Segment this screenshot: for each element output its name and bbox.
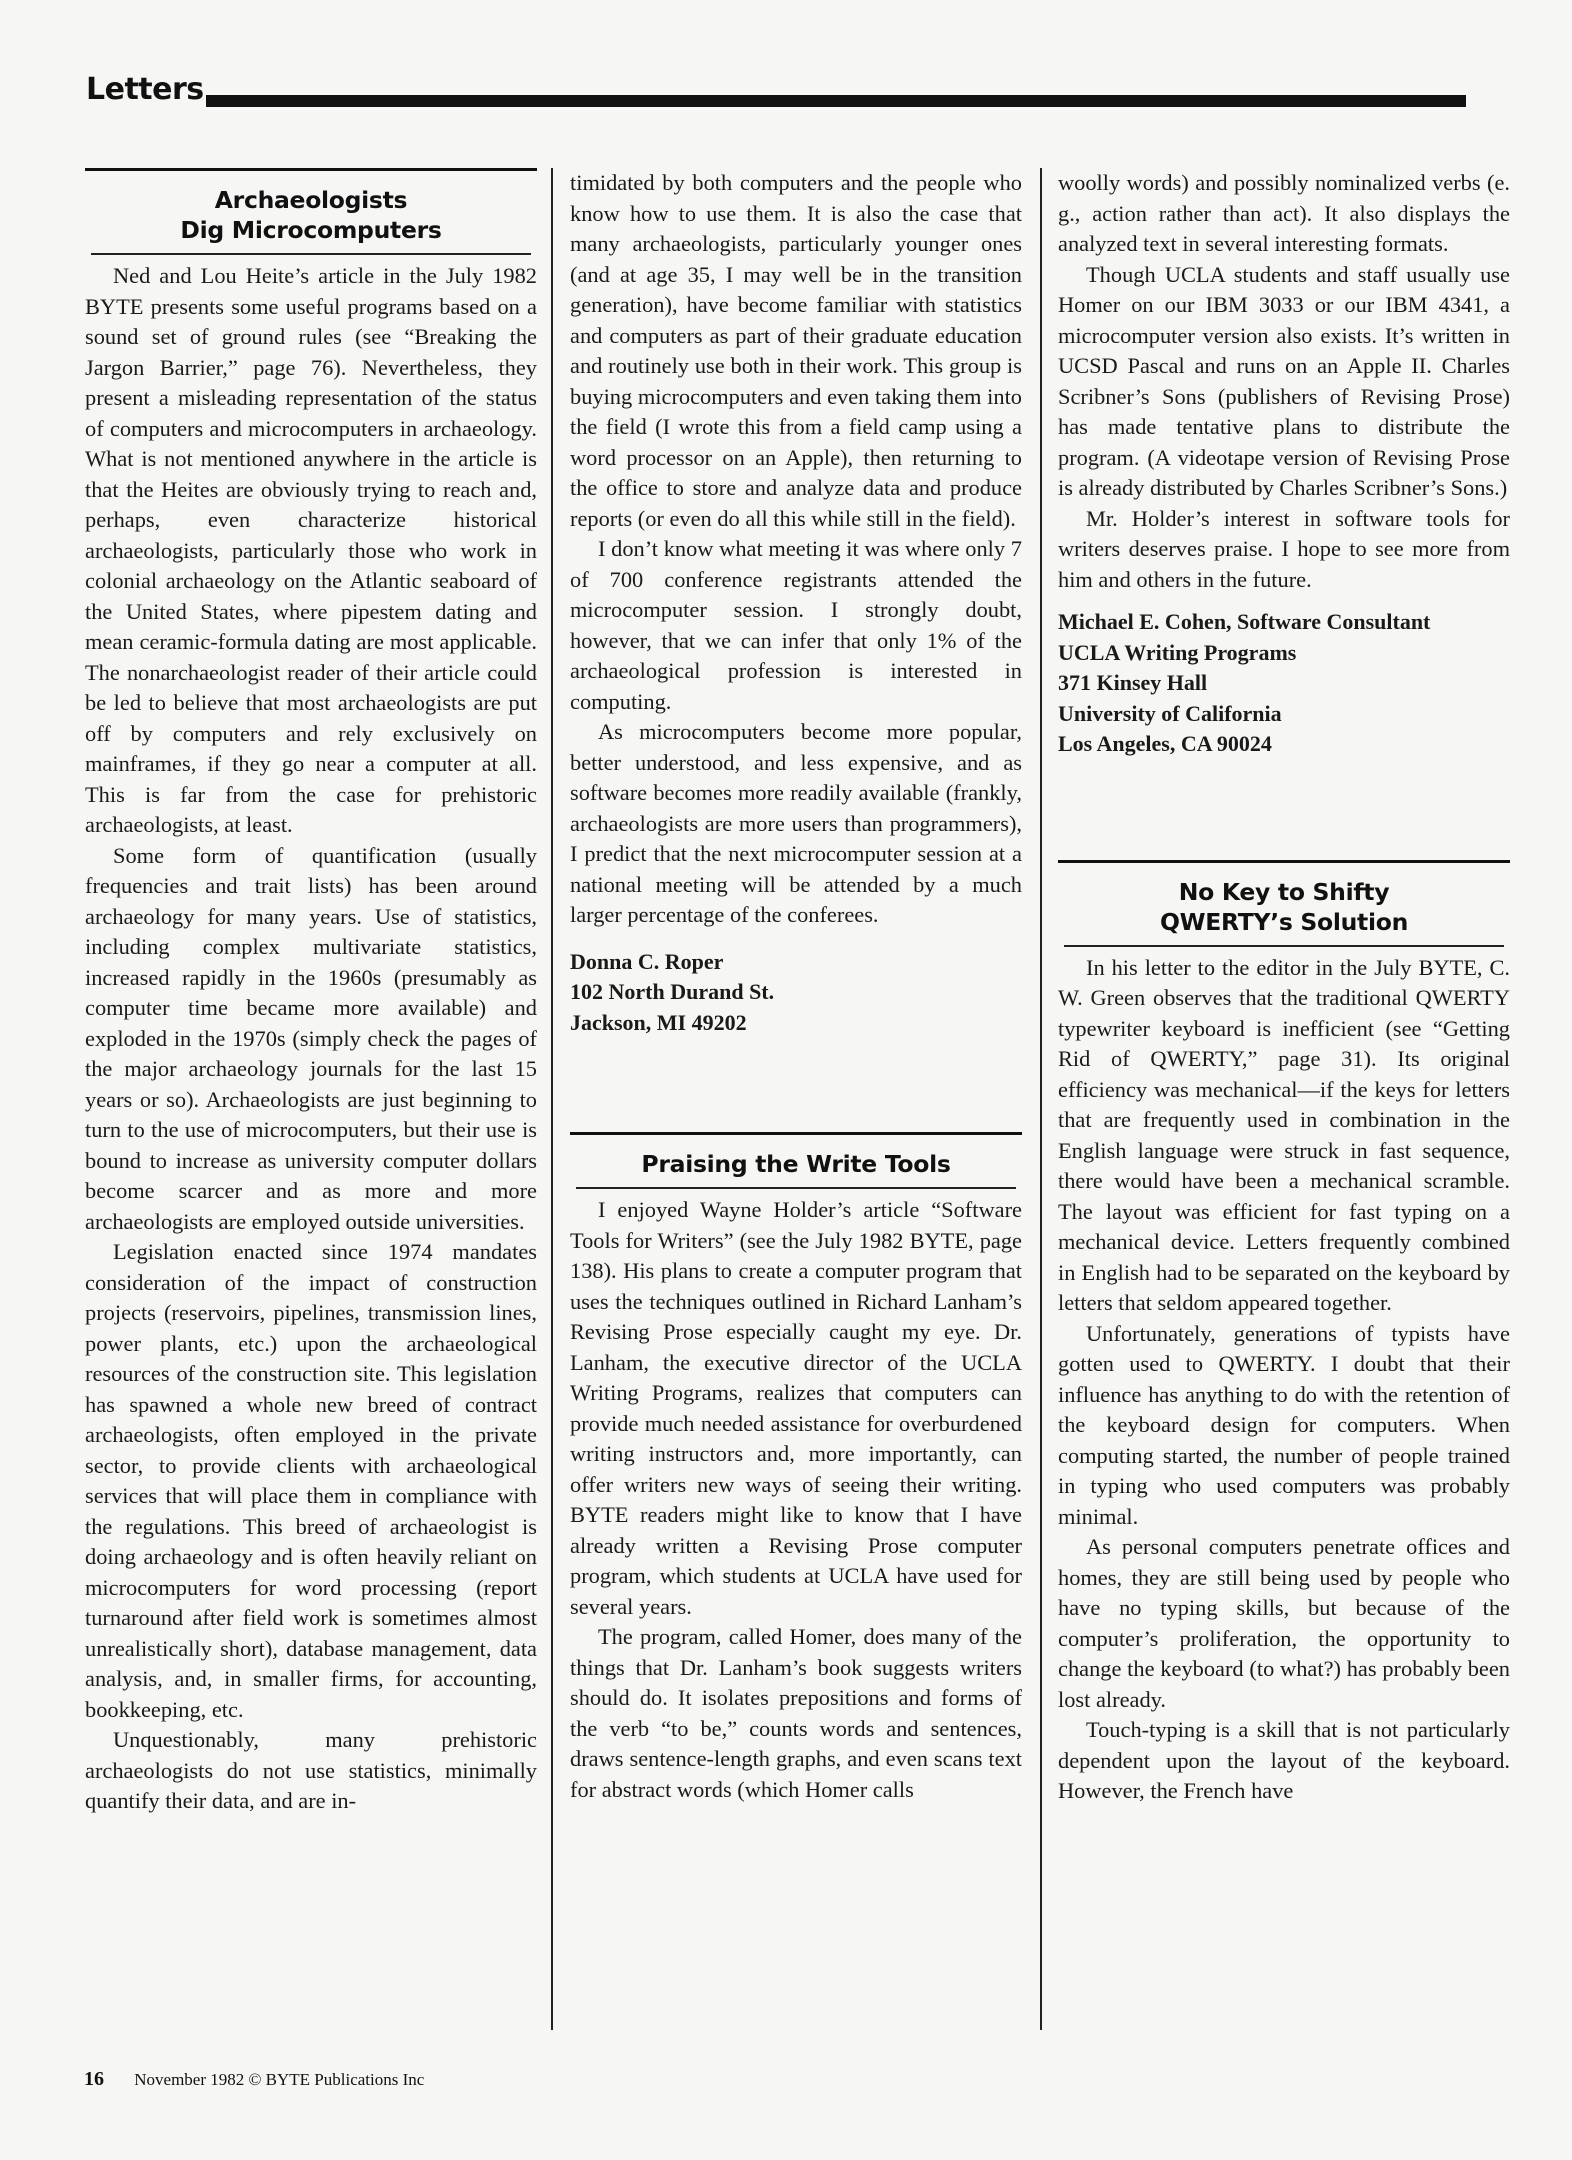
paragraph: Touch-typing is a skill that is not part… bbox=[1058, 1715, 1510, 1807]
letter-title: Praising the Write Tools bbox=[570, 1135, 1022, 1187]
letter-title-line: Praising the Write Tools bbox=[570, 1149, 1022, 1179]
publication-credit: November 1982 © BYTE Publications Inc bbox=[134, 2070, 424, 2089]
paragraph: The program, called Homer, does many of … bbox=[570, 1622, 1022, 1805]
paragraph: Some form of quantification (usually fre… bbox=[85, 841, 537, 1238]
heading-rule bbox=[576, 1187, 1016, 1189]
section-title: Letters bbox=[86, 70, 204, 110]
paragraph: Ned and Lou Heite’s article in the July … bbox=[85, 261, 537, 841]
letter-title-line: Dig Microcomputers bbox=[85, 215, 537, 245]
paragraph: Unquestionably, many prehistoric archaeo… bbox=[85, 1725, 537, 1817]
column-2: timidated by both computers and the peop… bbox=[570, 168, 1022, 1805]
signature-line: Donna C. Roper bbox=[570, 947, 1022, 978]
paragraph: As microcomputers become more popular, b… bbox=[570, 717, 1022, 931]
column-divider bbox=[1040, 168, 1042, 2030]
signature-line: UCLA Writing Programs bbox=[1058, 638, 1510, 669]
page-number: 16 bbox=[84, 2068, 104, 2090]
signature-line: 102 North Durand St. bbox=[570, 977, 1022, 1008]
paragraph: As personal computers penetrate offices … bbox=[1058, 1532, 1510, 1715]
paragraph: In his letter to the editor in the July … bbox=[1058, 953, 1510, 1319]
letter-body: In his letter to the editor in the July … bbox=[1058, 953, 1510, 1807]
section-header: Letters bbox=[86, 70, 1466, 110]
paragraph: timidated by both computers and the peop… bbox=[570, 168, 1022, 534]
letter-title-line: No Key to Shifty bbox=[1058, 877, 1510, 907]
letter-signature: Michael E. Cohen, Software Consultant UC… bbox=[1058, 607, 1510, 760]
column-3: woolly words) and possibly nominalized v… bbox=[1058, 168, 1510, 1807]
page-footer: 16 November 1982 © BYTE Publications Inc bbox=[84, 2068, 424, 2091]
paragraph: Unfortunately, generations of typists ha… bbox=[1058, 1319, 1510, 1533]
signature-line: 371 Kinsey Hall bbox=[1058, 668, 1510, 699]
letter-title: Archaeologists Dig Microcomputers bbox=[85, 171, 537, 253]
letter-title-line: Archaeologists bbox=[85, 185, 537, 215]
signature-line: Jackson, MI 49202 bbox=[570, 1008, 1022, 1039]
paragraph: Though UCLA students and staff usually u… bbox=[1058, 260, 1510, 504]
paragraph: Legislation enacted since 1974 mandates … bbox=[85, 1237, 537, 1725]
heading-rule bbox=[91, 253, 531, 255]
letter-body-continued: timidated by both computers and the peop… bbox=[570, 168, 1022, 931]
paragraph: woolly words) and possibly nominalized v… bbox=[1058, 168, 1510, 260]
letter-signature: Donna C. Roper 102 North Durand St. Jack… bbox=[570, 947, 1022, 1039]
letter-body: Ned and Lou Heite’s article in the July … bbox=[85, 261, 537, 1817]
signature-line: University of California bbox=[1058, 699, 1510, 730]
signature-line: Michael E. Cohen, Software Consultant bbox=[1058, 607, 1510, 638]
letter-title-line: QWERTY’s Solution bbox=[1058, 907, 1510, 937]
letter-body: I enjoyed Wayne Holder’s article “Softwa… bbox=[570, 1195, 1022, 1805]
column-1: Archaeologists Dig Microcomputers Ned an… bbox=[85, 168, 537, 1817]
letter-heading: Praising the Write Tools bbox=[570, 1132, 1022, 1189]
section-header-rule bbox=[206, 95, 1466, 107]
letter-title: No Key to Shifty QWERTY’s Solution bbox=[1058, 863, 1510, 945]
letter-heading: No Key to Shifty QWERTY’s Solution bbox=[1058, 860, 1510, 947]
paragraph: I don’t know what meeting it was where o… bbox=[570, 534, 1022, 717]
paragraph: Mr. Holder’s interest in software tools … bbox=[1058, 504, 1510, 596]
signature-line: Los Angeles, CA 90024 bbox=[1058, 729, 1510, 760]
letter-body-continued: woolly words) and possibly nominalized v… bbox=[1058, 168, 1510, 595]
letter-heading: Archaeologists Dig Microcomputers bbox=[85, 168, 537, 255]
column-divider bbox=[551, 168, 553, 2030]
heading-rule bbox=[1064, 945, 1504, 947]
paragraph: I enjoyed Wayne Holder’s article “Softwa… bbox=[570, 1195, 1022, 1622]
